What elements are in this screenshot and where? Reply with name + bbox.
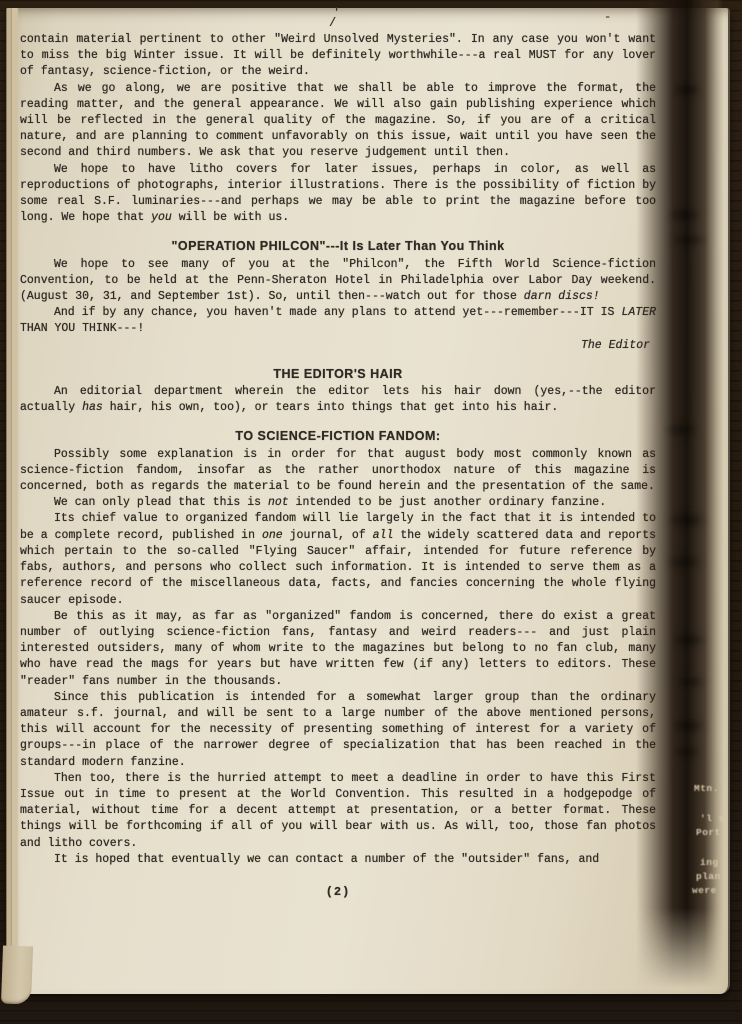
stray-pen-mark: / xyxy=(329,18,336,28)
paragraph: Be this as it may, as far as "organized"… xyxy=(20,609,656,690)
text-segment: intended to be just another ordinary fan… xyxy=(289,496,606,509)
paragraph: We hope to have litho covers for later i… xyxy=(20,162,656,227)
paragraph: We can only plead that this is not inten… xyxy=(20,495,656,511)
document-page: contain material pertinent to other "Wei… xyxy=(6,8,730,994)
text-segment: contain material pertinent to other "Wei… xyxy=(20,33,656,78)
bleedthrough-fragment: plan xyxy=(696,871,721,882)
book-page-edges-bottom-left xyxy=(1,945,33,1004)
text-segment: And if by any chance, you haven't made a… xyxy=(54,306,621,319)
text-segment: We hope to have litho covers for later i… xyxy=(20,163,656,225)
text-segment: (2) xyxy=(326,885,351,899)
text-segment: you xyxy=(151,211,172,224)
binding-gutter-shadow: Mtn.'l sPortingplanwere xyxy=(636,0,724,998)
text-segment: TO SCIENCE-FICTION FANDOM: xyxy=(235,429,440,443)
text-segment: As we go along, we are positive that we … xyxy=(20,82,656,160)
paragraph: Its chief value to organized fandom will… xyxy=(20,511,656,608)
text-segment: one xyxy=(262,529,283,542)
paragraph: It is hoped that eventually we can conta… xyxy=(20,852,656,868)
book-page-edges-left xyxy=(6,8,19,994)
bleedthrough-fragment: ing xyxy=(700,857,719,868)
section-heading: THE EDITOR'S HAIR xyxy=(20,366,656,382)
text-segment: not xyxy=(268,496,289,509)
text-segment: journal, of xyxy=(283,529,373,542)
text-segment: Since this publication is intended for a… xyxy=(20,691,656,769)
text-segment: Be this as it may, as far as "organized"… xyxy=(20,610,656,688)
section-heading: TO SCIENCE-FICTION FANDOM: xyxy=(20,428,656,444)
bleedthrough-fragment: were xyxy=(692,885,717,896)
paragraph: Since this publication is intended for a… xyxy=(20,690,656,771)
section-heading: "OPERATION PHILCON"---It Is Later Than Y… xyxy=(20,238,656,254)
text-segment: THAN YOU THINK---! xyxy=(20,322,144,335)
text-segment: will be with us. xyxy=(172,211,289,224)
text-segment: all xyxy=(373,529,394,542)
paragraph: We hope to see many of you at the "Philc… xyxy=(20,257,656,306)
bleedthrough-fragment: Port xyxy=(696,827,721,838)
text-segment: THE EDITOR'S HAIR xyxy=(273,367,402,381)
paragraph: And if by any chance, you haven't made a… xyxy=(20,305,656,337)
page-number: (2) xyxy=(20,884,656,900)
stray-pen-mark: - xyxy=(604,12,611,22)
byline: The Editor xyxy=(20,338,656,354)
text-segment: It is hoped that eventually we can conta… xyxy=(54,853,599,866)
bleedthrough-fragment: 'l s xyxy=(700,813,725,824)
book-photo-background: contain material pertinent to other "Wei… xyxy=(0,0,742,1024)
paragraph: Possibly some explanation is in order fo… xyxy=(20,447,656,496)
text-segment: "OPERATION PHILCON"---It Is Later Than Y… xyxy=(171,239,504,253)
paragraph: An editorial department wherein the edit… xyxy=(20,384,656,416)
paragraph: contain material pertinent to other "Wei… xyxy=(20,32,656,81)
bleedthrough-fragment: Mtn. xyxy=(694,783,719,794)
text-segment: Possibly some explanation is in order fo… xyxy=(20,448,656,493)
text-segment: Then too, there is the hurried attempt t… xyxy=(20,772,656,850)
text-segment: has xyxy=(82,401,103,414)
text-segment: hair, his own, too), or tears into thing… xyxy=(103,401,558,414)
text-segment: We can only plead that this is xyxy=(54,496,268,509)
paragraph: As we go along, we are positive that we … xyxy=(20,81,656,162)
text-segment: darn discs! xyxy=(524,290,600,303)
page-text-column: contain material pertinent to other "Wei… xyxy=(20,32,656,900)
paragraph: Then too, there is the hurried attempt t… xyxy=(20,771,656,852)
